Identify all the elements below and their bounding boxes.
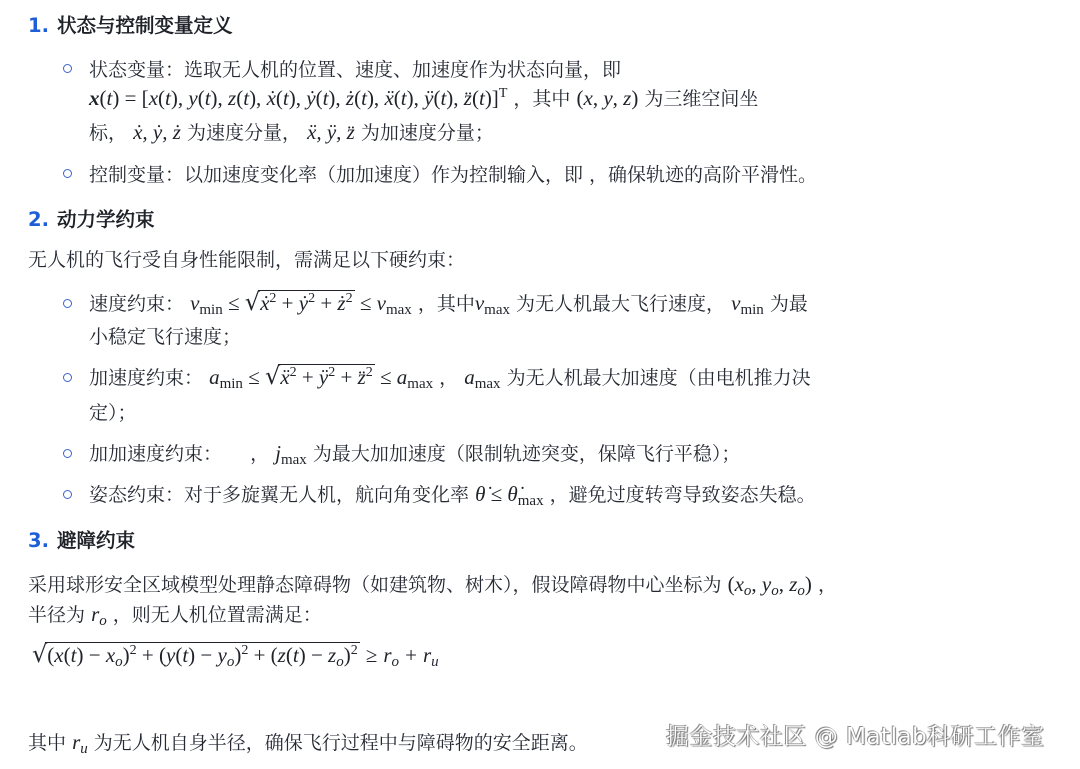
- math-vmin: vmin: [731, 291, 764, 315]
- text: 为最: [770, 293, 808, 315]
- section-title: 动力学约束: [57, 208, 155, 231]
- section-number: 1.: [28, 14, 49, 37]
- document-page: 1.状态与控制变量定义 状态变量：选取无人机的位置、速度、加速度作为状态向量，即…: [0, 0, 1080, 769]
- text: 其中: [28, 732, 66, 754]
- attitude-constraint-line: 姿态约束：对于多旋翼无人机，航向角变化率 θ̇ ≤ θ̇max ，避免过度转弯导…: [89, 480, 816, 510]
- velocity-constraint-line: 速度约束： vmin ≤ √ẋ2 + ẏ2 + ż2 ≤ vmax ，其中vma…: [89, 288, 808, 319]
- math-jmax: jmax: [275, 441, 307, 465]
- math-acceleration: ẍ, ÿ, z̈: [307, 120, 355, 144]
- math-state-vector: x: [89, 86, 100, 110]
- text: ，: [818, 574, 837, 596]
- math-velocity: ẋ, ẏ, ż: [133, 120, 181, 144]
- math-acceleration-constraint: amin ≤ √ẍ2 + ÿ2 + z̈2 ≤ amax: [209, 365, 433, 389]
- section-heading-3: 3.避障约束: [28, 525, 135, 553]
- state-variable-label: 状态变量：选取无人机的位置、速度、加速度作为状态向量，即: [89, 55, 621, 82]
- math-vmax: vmax: [475, 291, 510, 315]
- obstacle-paragraph-line2: 半径为 ro ，则无人机位置需满足：: [28, 600, 322, 630]
- text: 为速度分量，: [187, 122, 301, 144]
- math-amax: amax: [464, 365, 500, 389]
- section-title: 避障约束: [57, 529, 135, 552]
- text: ，其中: [418, 293, 475, 315]
- text: 为无人机自身半径，确保飞行过程中与障碍物的安全距离。: [94, 732, 588, 754]
- math-ro: ro: [91, 602, 107, 626]
- math-coords: (x, y, z): [576, 86, 638, 110]
- text: 采用球形安全区域模型处理静态障碍物（如建筑物、树木），假设障碍物中心坐标为: [28, 574, 722, 596]
- obstacle-paragraph-line1: 采用球形安全区域模型处理静态障碍物（如建筑物、树木），假设障碍物中心坐标为 (x…: [28, 570, 837, 600]
- math-theta-constraint: θ̇ ≤ θ̇max: [475, 482, 544, 506]
- velocity-acceleration-line: 标， ẋ, ẏ, ż 为速度分量， ẍ, ÿ, z̈ 为加速度分量；: [89, 118, 494, 145]
- jerk-constraint-line: 加加速度约束： ， jmax 为最大加加速度（限制轨迹突变，保障飞行平稳）；: [89, 439, 740, 469]
- constraint-label: 姿态约束：对于多旋翼无人机，航向角变化率: [89, 484, 469, 506]
- bullet-icon: [63, 169, 72, 178]
- obstacle-paragraph-line3: 其中 ru 为无人机自身半径，确保飞行过程中与障碍物的安全距离。: [28, 728, 588, 758]
- constraint-label: 加速度约束：: [89, 367, 203, 389]
- section-number: 3.: [28, 529, 49, 552]
- watermark: 掘金技术社区 @ Matlab科研工作室: [666, 718, 1045, 751]
- math-velocity-constraint: vmin ≤ √ẋ2 + ẏ2 + ż2 ≤ vmax: [190, 291, 412, 315]
- obstacle-avoidance-formula: √(x(t) − xo)2 + (y(t) − yo)2 + (z(t) − z…: [32, 640, 439, 671]
- text: 为加速度分量；: [361, 122, 494, 144]
- text: 半径为: [28, 604, 85, 626]
- math-ru: ru: [72, 730, 88, 754]
- text: 为无人机最大加速度（由电机推力决: [507, 367, 811, 389]
- constraint-label: 加加速度约束：: [89, 443, 222, 465]
- text: ，: [439, 367, 458, 389]
- text: ，确保轨迹的高阶平滑性。: [589, 164, 817, 186]
- constraint-label: 速度约束：: [89, 293, 184, 315]
- acceleration-constraint-line: 加速度约束： amin ≤ √ẍ2 + ÿ2 + z̈2 ≤ amax ， am…: [89, 362, 811, 393]
- bullet-icon: [63, 449, 72, 458]
- velocity-constraint-cont: 小稳定飞行速度；: [89, 322, 241, 349]
- control-variable-label: 控制变量：以加速度变化率（加加速度）作为控制输入，即: [89, 164, 589, 186]
- state-vector-line: x(t) = [x(t), y(t), z(t), ẋ(t), ẏ(t), ż(…: [89, 84, 758, 111]
- section-title: 状态与控制变量定义: [57, 14, 233, 37]
- text: 为最大加加速度（限制轨迹突变，保障飞行平稳）；: [313, 443, 741, 465]
- section-heading-2: 2.动力学约束: [28, 204, 155, 232]
- bullet-icon: [63, 64, 72, 73]
- bullet-icon: [63, 373, 72, 382]
- acceleration-constraint-cont: 定）；: [89, 398, 137, 425]
- text: ，: [250, 443, 269, 465]
- text: 为无人机最大飞行速度，: [516, 293, 725, 315]
- math-obstacle-center: (xo, yo, zo): [728, 572, 812, 596]
- bullet-icon: [63, 490, 72, 499]
- text: ，避免过度转弯导致姿态失稳。: [550, 484, 816, 506]
- control-variable-line: 控制变量：以加速度变化率（加加速度）作为控制输入，即 ，确保轨迹的高阶平滑性。: [89, 160, 817, 187]
- section-number: 2.: [28, 208, 49, 231]
- text: 为三维空间坐: [644, 88, 758, 110]
- text: ，其中: [513, 88, 570, 110]
- text: ，则无人机位置需满足：: [113, 604, 322, 626]
- dynamics-intro: 无人机的飞行受自身性能限制，需满足以下硬约束：: [28, 245, 465, 272]
- section-heading-1: 1.状态与控制变量定义: [28, 10, 233, 38]
- text: 标，: [89, 122, 127, 144]
- bullet-icon: [63, 299, 72, 308]
